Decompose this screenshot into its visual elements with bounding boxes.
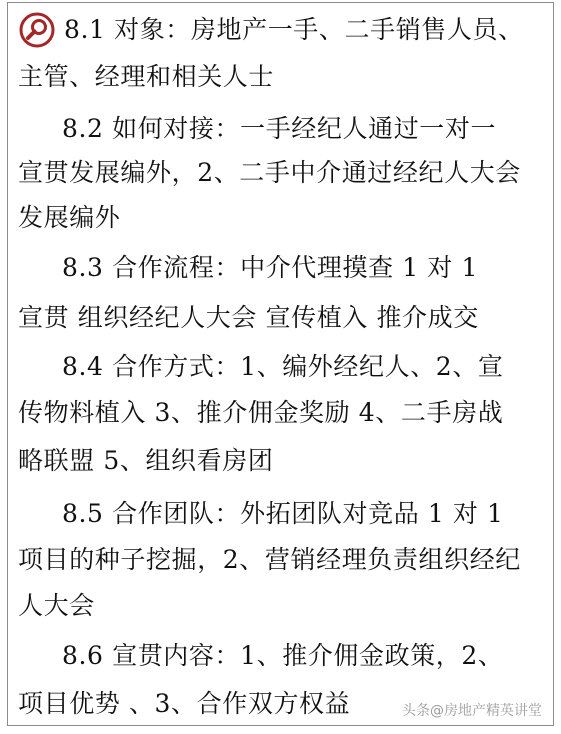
text-line: 项目优势 、3、合作双方权益 — [18, 689, 350, 719]
text-line: 项目的种子挖掘，2、营销经理负责组织经纪 — [18, 545, 521, 575]
magnifier-icon — [19, 12, 55, 48]
text-line: 人大会 — [18, 591, 95, 621]
text-line: 传物料植入 3、推介佣金奖励 4、二手房战 — [18, 398, 503, 428]
text-line-8-1: 8.1 对象：房地产一手、二手销售人员、 — [64, 15, 524, 45]
text-line-8-3: 8.3 合作流程：中介代理摸查 1 对 1 — [62, 253, 478, 283]
watermark: 头条@房地产精英讲堂 — [402, 700, 542, 720]
text-line: 宣贯发展编外，2、二手中介通过经纪人大会 — [18, 158, 521, 188]
text-line: 略联盟 5、组织看房团 — [18, 446, 273, 476]
text-line: 发展编外 — [18, 203, 120, 233]
text-line-8-2: 8.2 如何对接：一手经纪人通过一对一 — [62, 114, 496, 144]
text-line-8-4: 8.4 合作方式：1、编外经纪人、2、宣 — [62, 352, 504, 382]
text-line-8-6: 8.6 宣贯内容：1、推介佣金政策，2、 — [62, 641, 504, 671]
text-line-8-5: 8.5 合作团队：外拓团队对竞品 1 对 1 — [62, 499, 504, 529]
text-line: 主管、经理和相关人士 — [18, 62, 274, 92]
text-line: 宣贯 组织经纪人大会 宣传植入 推介成交 — [18, 303, 479, 333]
